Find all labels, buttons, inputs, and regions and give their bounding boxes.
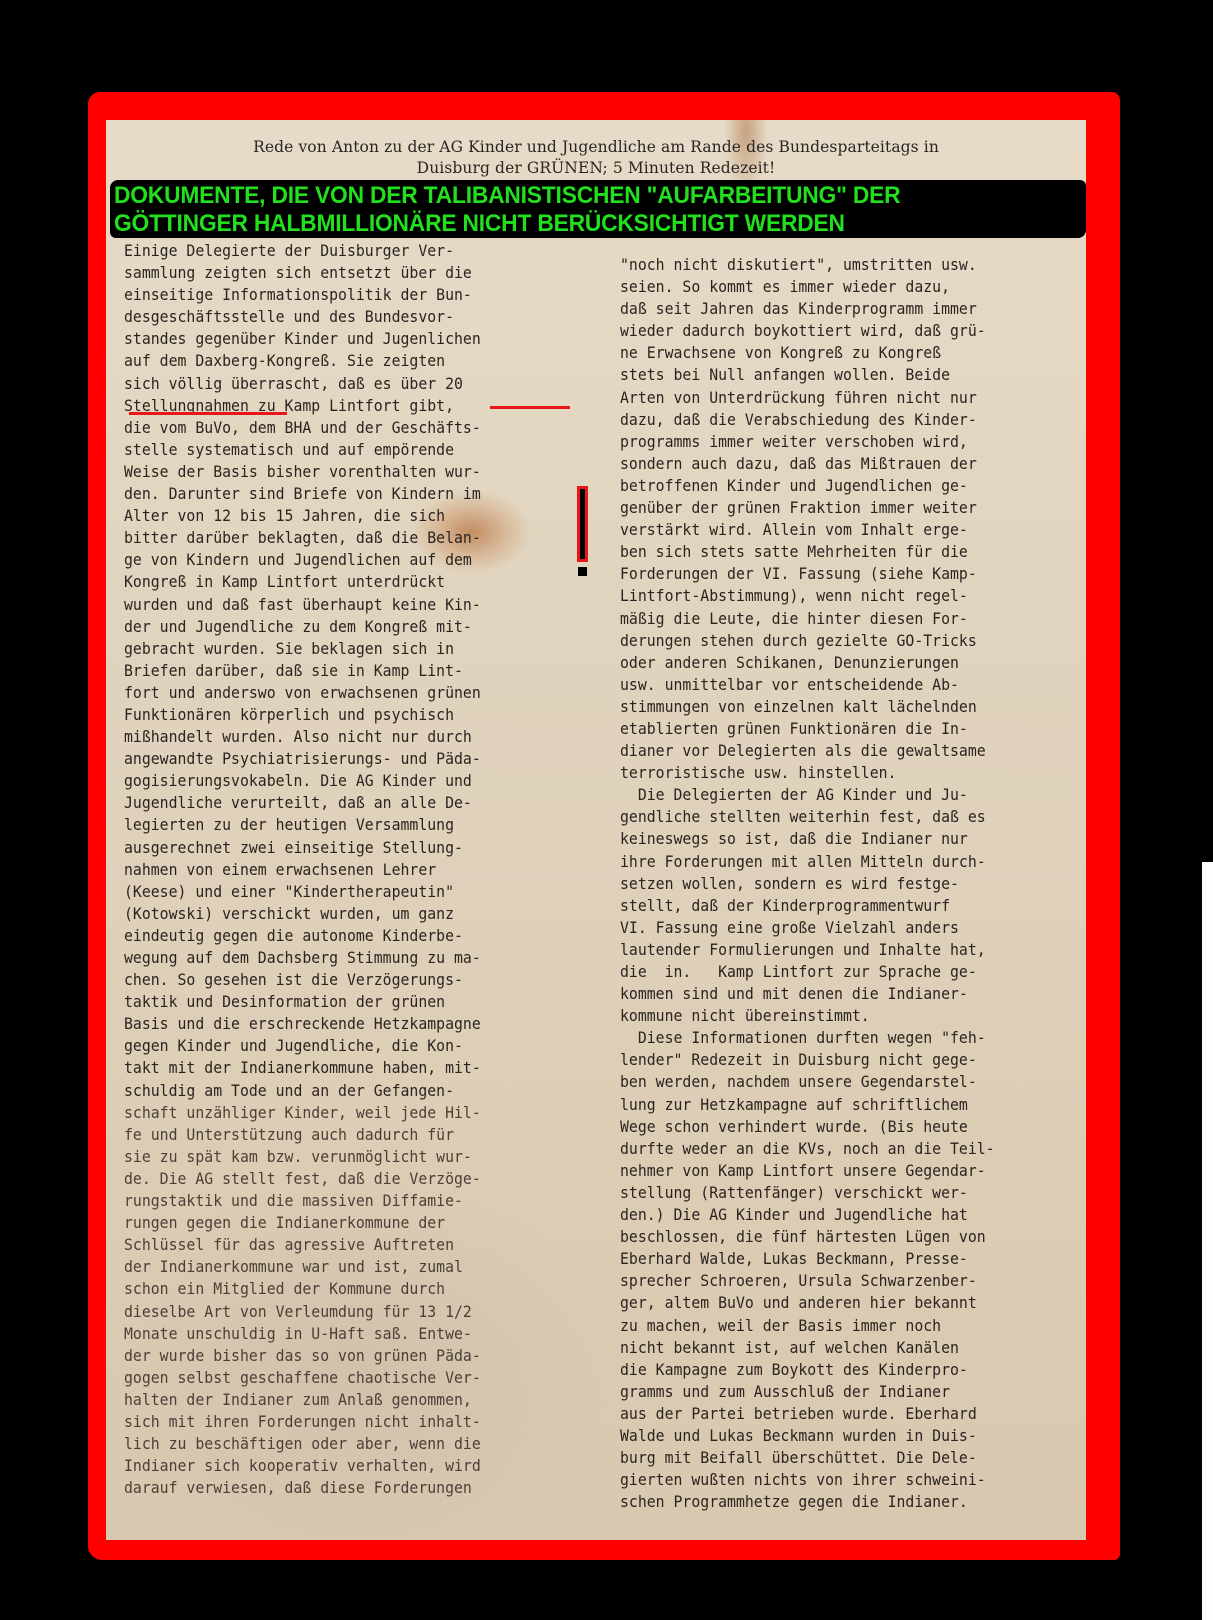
text-line: verstärkt wird. Allein vom Inhalt erge- [620, 519, 995, 541]
text-line: Kongreß in Kamp Lintfort unterdrückt [124, 571, 481, 593]
text-line: sprecher Schroeren, Ursula Schwarzenber- [620, 1270, 995, 1292]
text-line: Einige Delegierte der Duisburger Ver- [124, 240, 481, 262]
text-line: etablierten grünen Funktionären die In- [620, 718, 995, 740]
text-line: legierten zu der heutigen Versammlung [124, 814, 481, 836]
edge-strip [1202, 862, 1213, 1620]
text-line: die vom BuVo, dem BHA und der Geschäfts- [124, 417, 481, 439]
text-line: den. Darunter sind Briefe von Kindern im [124, 483, 481, 505]
text-line: nehmer von Kamp Lintfort unsere Gegendar… [620, 1160, 995, 1182]
text-line: einseitige Informationspolitik der Bun- [124, 284, 481, 306]
text-line: burg mit Beifall überschüttet. Die Dele- [620, 1447, 995, 1469]
text-line: gebracht wurden. Sie beklagen sich in [124, 638, 481, 660]
text-line: Die Delegierten der AG Kinder und Ju- [620, 784, 995, 806]
text-line: Alter von 12 bis 15 Jahren, die sich [124, 505, 481, 527]
text-line: gramms und zum Ausschluß der Indianer [620, 1381, 995, 1403]
overlay-banner: DOKUMENTE, DIE VON DER TALIBANISTISCHEN … [110, 180, 1086, 238]
text-line: schen Programmhetze gegen die Indianer. [620, 1491, 995, 1513]
text-line: ben sich stets satte Mehrheiten für die [620, 541, 995, 563]
text-line: dazu, daß die Verabschiedung des Kinder- [620, 409, 995, 431]
banner-line-2: GÖTTINGER HALBMILLIONÄRE NICHT BERÜCKSIC… [114, 210, 845, 238]
text-line: ben werden, nachdem unsere Gegendarstel- [620, 1071, 995, 1093]
text-line: nahmen von einem erwachsenen Lehrer [124, 859, 481, 881]
text-line: Indianer sich kooperativ verhalten, wird [124, 1455, 481, 1477]
text-line: Schlüssel für das agressive Auftreten [124, 1234, 481, 1256]
left-text-column: Einige Delegierte der Duisburger Ver-sam… [124, 240, 500, 1499]
text-line: (Keese) und einer "Kindertherapeutin" [124, 881, 481, 903]
text-line: darauf verwiesen, daß diese Forderungen [124, 1477, 481, 1499]
text-line: Jugendliche verurteilt, daß an alle De- [124, 792, 481, 814]
text-line: taktik und Desinformation der grünen [124, 991, 481, 1013]
text-line: keineswegs so ist, daß die Indianer nur [620, 828, 995, 850]
text-line: oder anderen Schikanen, Denunzierungen [620, 652, 995, 674]
text-line: de. Die AG stellt fest, daß die Verzöge- [124, 1168, 481, 1190]
text-line: gogisierungsvokabeln. Die AG Kinder und [124, 770, 481, 792]
text-line: schuldig am Tode und an der Gefangen- [124, 1080, 481, 1102]
margin-marker-dot [578, 567, 587, 576]
text-line: die in. Kamp Lintfort zur Sprache ge- [620, 961, 995, 983]
text-line: bitter darüber beklagten, daß die Belan- [124, 527, 481, 549]
text-line: stelle systematisch und auf empörende [124, 439, 481, 461]
text-line: zu machen, weil der Basis immer noch [620, 1315, 995, 1337]
text-line: der wurde bisher das so von grünen Päda- [124, 1345, 481, 1367]
text-line: sie zu spät kam bzw. verunmöglicht wur- [124, 1146, 481, 1168]
right-text-column: "noch nicht diskutiert", umstritten usw.… [620, 254, 1014, 1513]
text-line: Basis und die erschreckende Hetzkampagne [124, 1013, 481, 1035]
text-line: ausgerechnet zwei einseitige Stellung- [124, 837, 481, 859]
text-line: lung zur Hetzkampagne auf schriftlichem [620, 1094, 995, 1116]
text-line: stellt, daß der Kinderprogrammentwurf [620, 895, 995, 917]
text-line: Lintfort-Abstimmung), wenn nicht regel- [620, 585, 995, 607]
text-line: die Kampagne zum Boykott des Kinderpro- [620, 1359, 995, 1381]
text-line: Funktionären körperlich und psychisch [124, 704, 481, 726]
text-line: sich mit ihren Forderungen nicht inhalt- [124, 1411, 481, 1433]
text-line: Monate unschuldig in U-Haft saß. Entwe- [124, 1323, 481, 1345]
text-line: wieder dadurch boykottiert wird, daß grü… [620, 320, 995, 342]
text-line: kommen sind und mit denen die Indianer- [620, 983, 995, 1005]
text-line: beschlossen, die fünf härtesten Lügen vo… [620, 1226, 995, 1248]
text-line: rungen gegen die Indianerkommune der [124, 1212, 481, 1234]
text-line: stellung (Rattenfänger) verschickt wer- [620, 1182, 995, 1204]
underline-stellungnahmen [129, 412, 287, 415]
text-line: ne Erwachsene von Kongreß zu Kongreß [620, 342, 995, 364]
text-line: Diese Informationen durften wegen "feh- [620, 1027, 995, 1049]
text-line: takt mit der Indianerkommune haben, mit- [124, 1057, 481, 1079]
text-line: lender" Redezeit in Duisburg nicht gege- [620, 1049, 995, 1071]
text-line: chen. So gesehen ist die Verzögerungs- [124, 969, 481, 991]
text-line: ihre Forderungen mit allen Mitteln durch… [620, 851, 995, 873]
text-line: ge von Kindern und Jugendlichen auf dem [124, 549, 481, 571]
text-line: mäßig die Leute, die hinter diesen For- [620, 608, 995, 630]
text-line: lich zu beschäftigen oder aber, wenn die [124, 1433, 481, 1455]
text-line: aus der Partei betrieben wurde. Eberhard [620, 1403, 995, 1425]
text-line: Forderungen der VI. Fassung (siehe Kamp- [620, 563, 995, 585]
text-line: derungen stehen durch gezielte GO-Tricks [620, 630, 995, 652]
text-line: daß seit Jahren das Kinderprogramm immer [620, 298, 995, 320]
text-line: setzen wollen, sondern es wird festge- [620, 873, 995, 895]
text-line: sondern auch dazu, daß das Mißtrauen der [620, 453, 995, 475]
text-line: ger, altem BuVo und anderen hier bekannt [620, 1292, 995, 1314]
text-line: schaft unzähliger Kinder, weil jede Hil- [124, 1102, 481, 1124]
text-line: angewandte Psychiatrisierungs- und Päda- [124, 748, 481, 770]
text-line: stets bei Null anfangen wollen. Beide [620, 364, 995, 386]
text-line: Wege schon verhindert wurde. (Bis heute [620, 1116, 995, 1138]
text-line: usw. unmittelbar vor entscheidende Ab- [620, 674, 995, 696]
background-top [0, 0, 1195, 55]
text-line: auf dem Daxberg-Kongreß. Sie zeigten [124, 350, 481, 372]
text-line: wegung auf dem Dachsberg Stimmung zu ma- [124, 947, 481, 969]
text-line: (Kotowski) verschickt wurden, um ganz [124, 903, 481, 925]
text-line: betroffenen Kinder und Jugendlichen ge- [620, 475, 995, 497]
text-line: Arten von Unterdrückung führen nicht nur [620, 387, 995, 409]
text-line: den.) Die AG Kinder und Jugendliche hat [620, 1204, 995, 1226]
text-line: lautender Formulierungen und Inhalte hat… [620, 939, 995, 961]
text-line: sich völlig überrascht, daß es über 20 [124, 373, 481, 395]
text-line: terroristische usw. hinstellen. [620, 762, 995, 784]
text-line: desgeschäftsstelle und des Bundesvor- [124, 306, 481, 328]
text-line: gegen Kinder und Jugendliche, die Kon- [124, 1035, 481, 1057]
text-line: rungstaktik und die massiven Diffamie- [124, 1190, 481, 1212]
text-line: gendliche stellten weiterhin fest, daß e… [620, 806, 995, 828]
text-line: dianer vor Delegierten als die gewaltsam… [620, 740, 995, 762]
banner-line-1: DOKUMENTE, DIE VON DER TALIBANISTISCHEN … [114, 182, 900, 210]
text-line: "noch nicht diskutiert", umstritten usw. [620, 254, 995, 276]
text-line: Weise der Basis bisher vorenthalten wur- [124, 461, 481, 483]
text-line: standes gegenüber Kinder und Jugenlichen [124, 328, 481, 350]
text-line: der Indianerkommune war und ist, zumal [124, 1256, 481, 1278]
text-line: Briefen darüber, daß sie in Kamp Lint- [124, 660, 481, 682]
text-line: schon ein Mitglied der Kommune durch [124, 1278, 481, 1300]
text-line: Walde und Lukas Beckmann wurden in Duis- [620, 1425, 995, 1447]
text-line: der und Jugendliche zu dem Kongreß mit- [124, 616, 481, 638]
text-line: VI. Fassung eine große Vielzahl anders [620, 917, 995, 939]
text-line: sammlung zeigten sich entsetzt über die [124, 262, 481, 284]
speech-title-line-2: Duisburg der GRÜNEN; 5 Minuten Redezeit! [106, 159, 1086, 177]
text-line: programms immer weiter verschoben wird, [620, 431, 995, 453]
text-line: fort und anderswo von erwachsenen grünen [124, 682, 481, 704]
text-line: genüber der grünen Fraktion immer weiter [620, 497, 995, 519]
text-line: gierten wußten nichts von ihrer schweini… [620, 1469, 995, 1491]
text-line: Eberhard Walde, Lukas Beckmann, Presse- [620, 1248, 995, 1270]
text-line: gogen selbst geschaffene chaotische Ver- [124, 1367, 481, 1389]
text-line: halten der Indianer zum Anlaß genommen, [124, 1389, 481, 1411]
text-line: dieselbe Art von Verleumdung für 13 1/2 [124, 1301, 481, 1323]
text-line: fe und Unterstützung auch dadurch für [124, 1124, 481, 1146]
text-line: nicht bekannt ist, auf welchen Kanälen [620, 1337, 995, 1359]
text-line: stimmungen von einzelnen kalt lächelnden [620, 696, 995, 718]
text-line: seien. So kommt es immer wieder dazu, [620, 276, 995, 298]
text-line: kommune nicht übereinstimmt. [620, 1005, 995, 1027]
underline-ueber-20 [490, 406, 570, 409]
text-line: eindeutig gegen die autonome Kinderbe- [124, 925, 481, 947]
text-line: wurden und daß fast überhaupt keine Kin- [124, 594, 481, 616]
speech-title-line-1: Rede von Anton zu der AG Kinder und Juge… [106, 138, 1086, 156]
text-line: mißhandelt wurden. Also nicht nur durch [124, 726, 481, 748]
margin-marker-bar [577, 486, 588, 562]
text-line: durfte weder an die KVs, noch an die Tei… [620, 1138, 995, 1160]
